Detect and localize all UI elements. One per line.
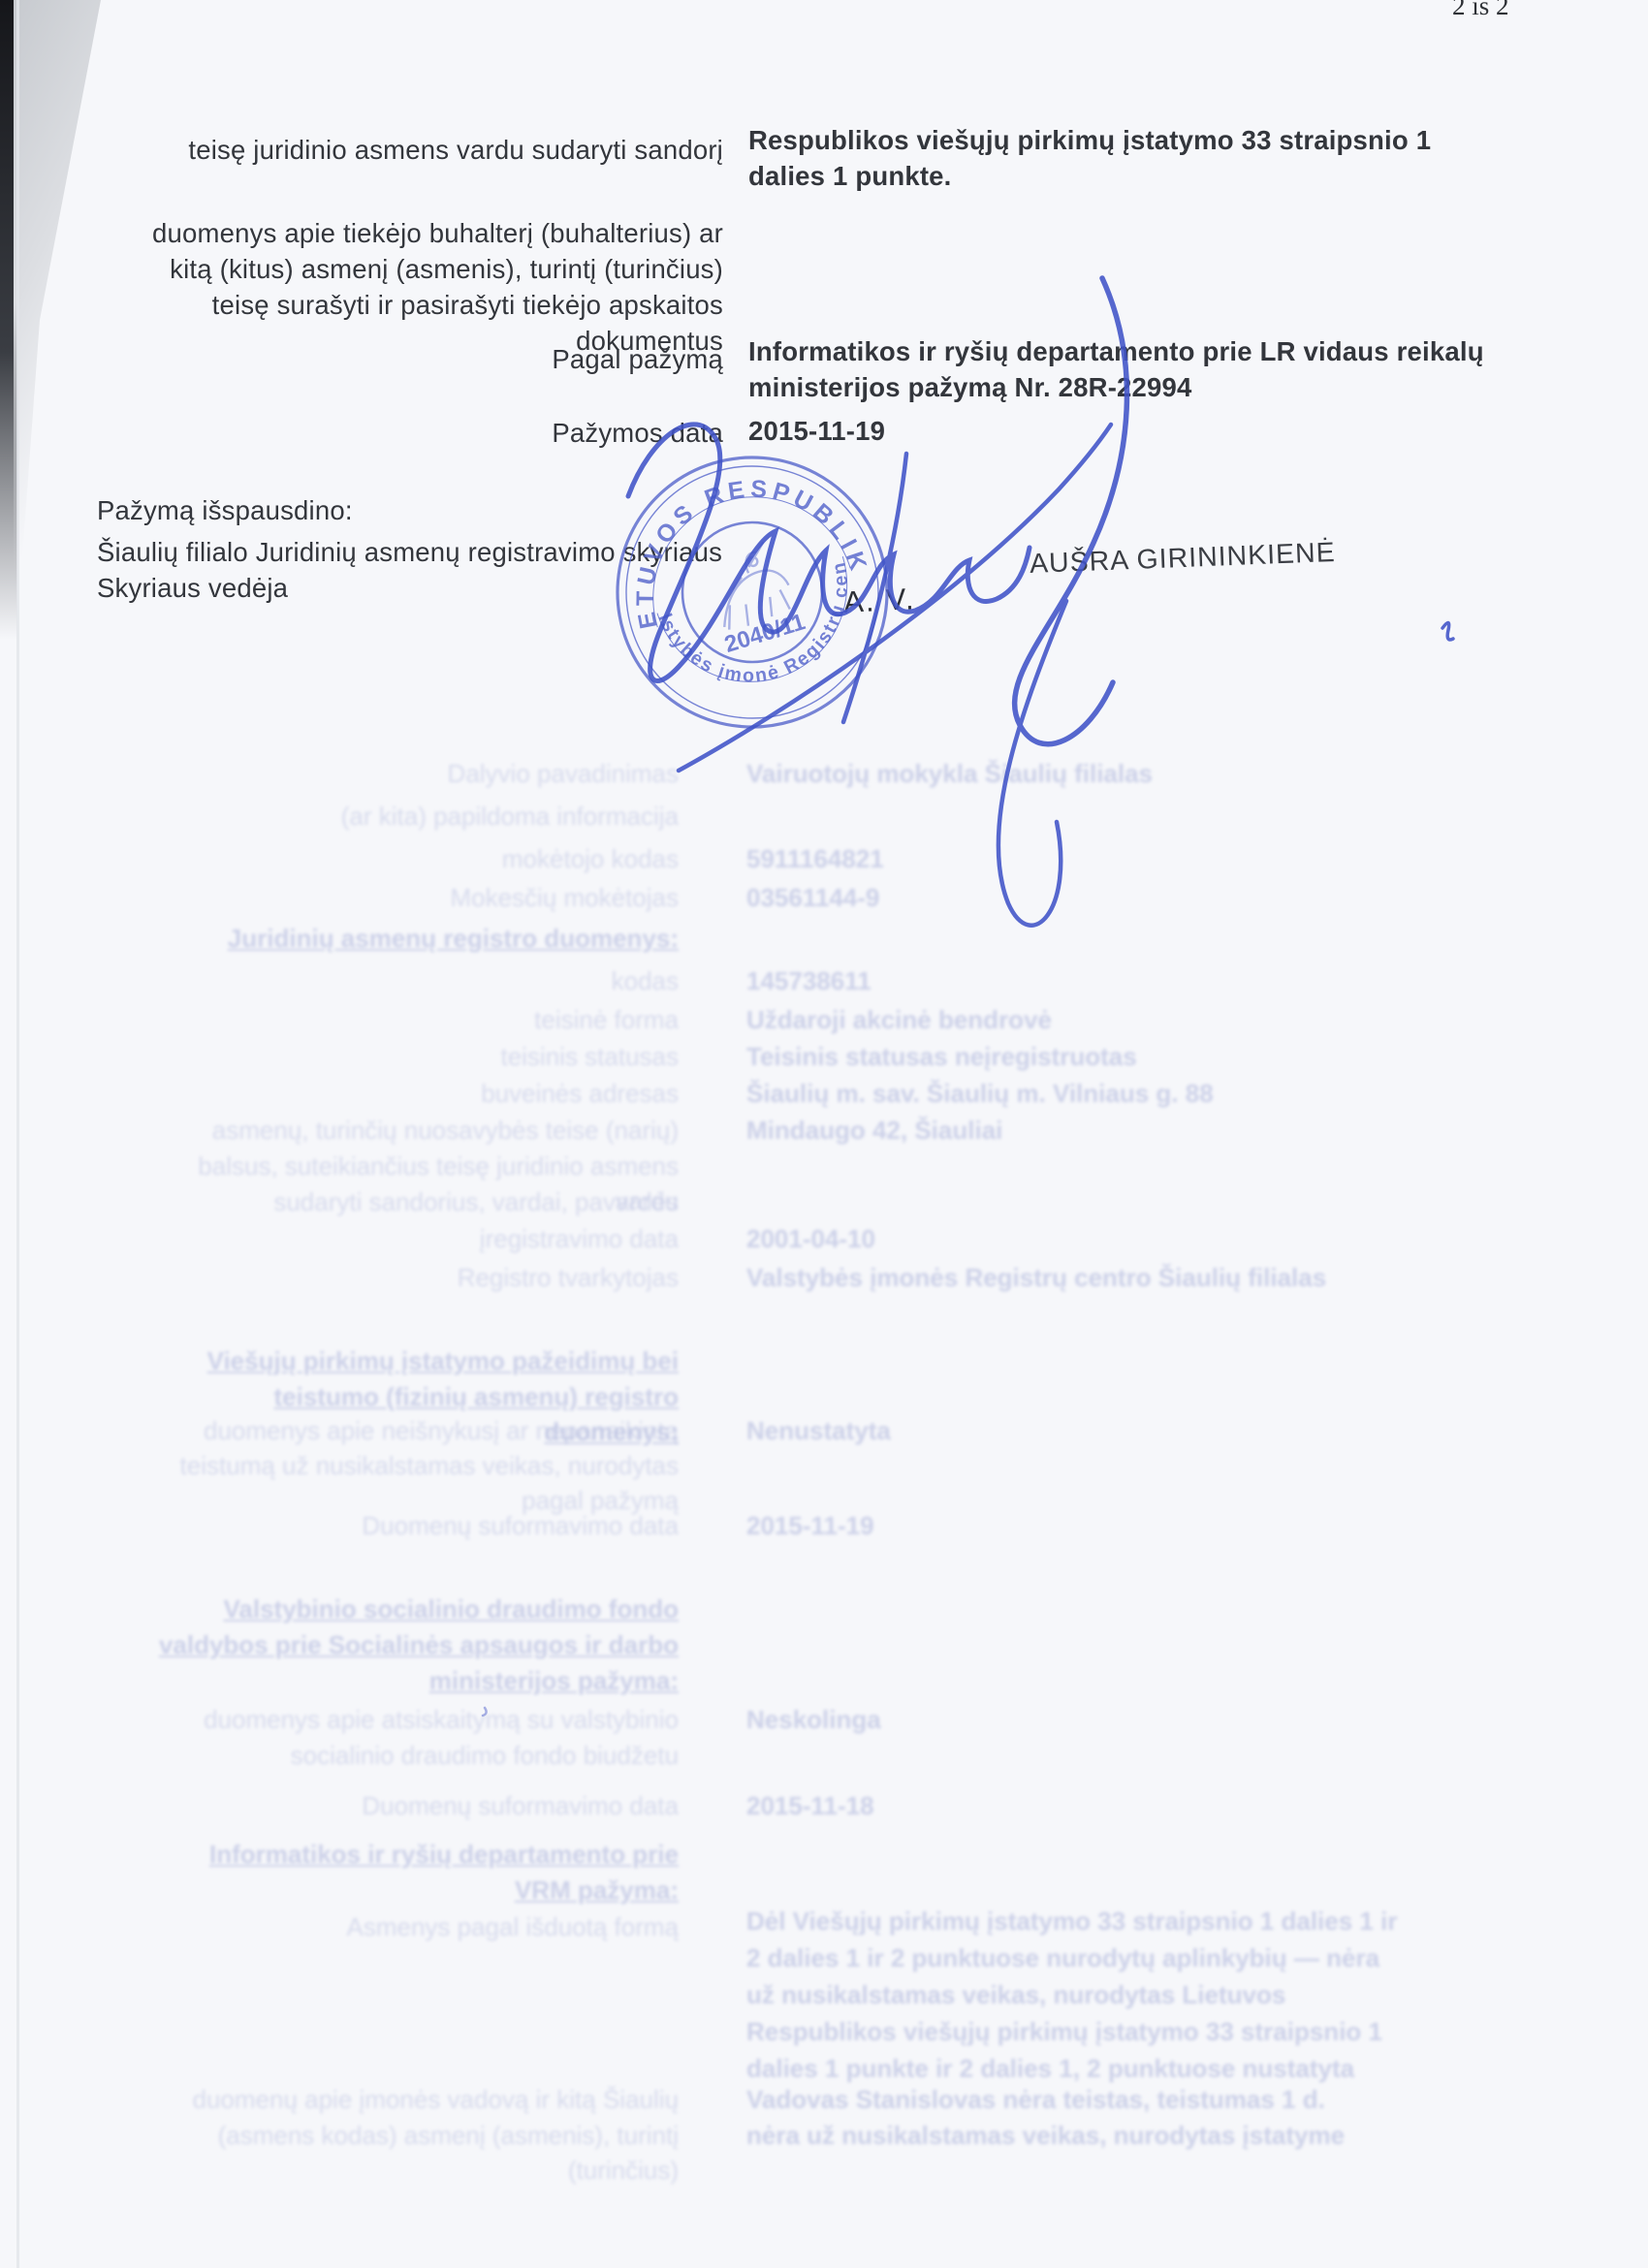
field-label-per-certificate: Pagal pažymą [97, 341, 723, 377]
scanned-document-page: 2 iš 2 Dalyvio pavadinimas Vairuotojų mo… [0, 0, 1648, 2268]
ghost-label: duomenų apie įmonės vadovą ir kitą Šiaul… [145, 2082, 679, 2117]
ghost-label: kodas [145, 963, 679, 998]
ghost-value: Vadovas Stanislovas nėra teistas, teistu… [746, 2082, 1325, 2117]
signer-name: AUŠRA GIRININKIENĖ [1029, 537, 1336, 581]
field-label-certificate-date: Pažymos data [97, 415, 723, 451]
ghost-label: įregistravimo data [145, 1221, 679, 1256]
ghost-heading: teistumo (fizinių asmenų) registro duome… [145, 1379, 679, 1449]
ghost-value: 2015-11-18 [746, 1788, 874, 1823]
ghost-heading: ministerijos pažyma: [145, 1663, 679, 1698]
value-line: Informatikos ir ryšių departamento prie … [748, 333, 1543, 369]
printed-by-line1: Šiaulių filialo Juridinių asmenų registr… [97, 534, 722, 570]
pen-dot-small [483, 1708, 487, 1716]
paper-edge-line [16, 0, 19, 2268]
field-label-accountant-data: duomenys apie tiekėjo buhalterį (buhalte… [97, 215, 723, 359]
field-value-certificate-date: 2015-11-19 [748, 413, 885, 449]
ghost-value: Uždaroji akcinė bendrovė [746, 1002, 1052, 1037]
ghost-label: teistumą už nusikalstamas veikas, nurody… [145, 1448, 679, 1483]
ghost-value: Dėl Viešųjų pirkimų įstatymo 33 straipsn… [746, 1904, 1397, 1938]
ghost-label: pagal pažymą [145, 1483, 679, 1518]
label-line: duomenys apie tiekėjo buhalterį (buhalte… [97, 215, 723, 251]
ghost-value: Neskolinga [746, 1702, 881, 1737]
ghost-label: duomenys apie neišnykusį ar nepanaikintą [145, 1413, 679, 1448]
ghost-label: Mokesčių mokėtojas [145, 880, 679, 915]
ghost-label: Registro tvarkytojas [145, 1260, 679, 1295]
label-line: kitą (kitus) asmenį (asmenis), turintį (… [97, 251, 723, 287]
ghost-value: Nenustatyta [746, 1413, 891, 1448]
value-line: ministerijos pažymą Nr. 28R-22994 [748, 369, 1543, 405]
ghost-label: duomenys apie atsiskaitymą su valstybini… [145, 1702, 679, 1737]
stamp-number: 2040/11 [721, 609, 808, 658]
ghost-heading: valdybos prie Socialinės apsaugos ir dar… [145, 1627, 679, 1662]
ghost-heading: VRM pažyma: [145, 1873, 679, 1907]
ghost-value: 5911164821 [746, 841, 884, 876]
ghost-label: Dalyvio pavadinimas [145, 756, 679, 791]
ghost-value: 2 dalies 1 ir 2 punktuose nurodytų aplin… [746, 1940, 1379, 1975]
ghost-heading: Viešųjų pirkimų įstatymo pažeidimų bei [145, 1343, 679, 1378]
ghost-value: 03561144-9 [746, 880, 879, 915]
ghost-label: socialinio draudimo fondo biudžetu [145, 1738, 679, 1773]
ghost-label: Duomenų suformavimo data [145, 1508, 679, 1543]
ghost-label: sudaryti sandorius, vardai, pavardės [145, 1184, 679, 1219]
printed-by-heading: Pažymą išspausdino: [97, 492, 353, 528]
printed-by-line2: Skyriaus vedėja [97, 570, 288, 606]
ghost-label: Asmenys pagal išduotą formą [145, 1909, 679, 1944]
svg-text:* Valstybės įmonė Registrų cen: * Valstybės įmonė Registrų centras [650, 547, 877, 712]
ghost-value: Šiaulių m. sav. Šiaulių m. Vilniaus g. 8… [746, 1076, 1214, 1111]
stamp-bottom-text: * Valstybės įmonė Registrų centras [650, 547, 877, 712]
field-value-law-reference: Respublikos viešųjų pirkimų įstatymo 33 … [748, 122, 1505, 194]
field-label-right-to-sign: teisę juridinio asmens vardu sudaryti sa… [97, 132, 723, 168]
ghost-value: už nusikalstamas veikas, nurodytas Lietu… [746, 1977, 1285, 2012]
ghost-label: (asmens kodas) asmenį (asmenis), turintį… [145, 2118, 679, 2188]
ghost-value: 145738611 [746, 963, 872, 998]
label-line: teisę surašyti ir pasirašyti tiekėjo aps… [97, 287, 723, 323]
pen-mark-small [1442, 622, 1453, 639]
ghost-value: nėra už nusikalstamas veikas, nurodytas … [746, 2118, 1345, 2153]
ghost-value: Respublikos viešųjų pirkimų įstatymo 33 … [746, 2014, 1382, 2049]
ghost-value: Mindaugo 42, Šiauliai [746, 1113, 1002, 1148]
ghost-heading: Informatikos ir ryšių departamento prie [145, 1837, 679, 1872]
ghost-value: 2015-11-19 [746, 1508, 874, 1543]
ghost-value: 2001-04-10 [746, 1221, 875, 1256]
ghost-value: Valstybės įmonės Registrų centro Šiaulių… [746, 1260, 1326, 1295]
ghost-heading: Valstybinio socialinio draudimo fondo [145, 1591, 679, 1626]
ghost-label: asmenų, turinčių nuosavybės teise (narių… [145, 1113, 679, 1148]
ghost-label: teisinė forma [145, 1002, 679, 1037]
av-seal-mark: A. V. [842, 582, 916, 620]
ghost-value: Vairuotojų mokykla Šiaulių filialas [746, 756, 1153, 791]
ghost-label: (ar kita) papildoma informacija [145, 799, 679, 834]
ghost-label: balsus, suteikiančius teisę juridinio as… [145, 1149, 679, 1218]
ghost-label: Duomenų suformavimo data [145, 1788, 679, 1823]
ghost-label: teisinis statusas [145, 1039, 679, 1074]
field-value-certificate-source: Informatikos ir ryšių departamento prie … [748, 333, 1543, 405]
scan-edge-wedge [14, 0, 101, 582]
ghost-value: dalies 1 punkte ir 2 dalies 1, 2 punktuo… [746, 2051, 1354, 2086]
page-number: 2 iš 2 [1452, 0, 1509, 21]
ghost-label: buveinės adresas [145, 1076, 679, 1111]
value-line: Respublikos viešųjų pirkimų įstatymo 33 … [748, 122, 1505, 158]
value-line: dalies 1 punkte. [748, 158, 1505, 194]
ghost-value: Teisinis statusas neįregistruotas [746, 1039, 1137, 1074]
ghost-label: mokėtojo kodas [145, 841, 679, 876]
ghost-heading: Juridinių asmenų registro duomenys: [145, 921, 679, 956]
